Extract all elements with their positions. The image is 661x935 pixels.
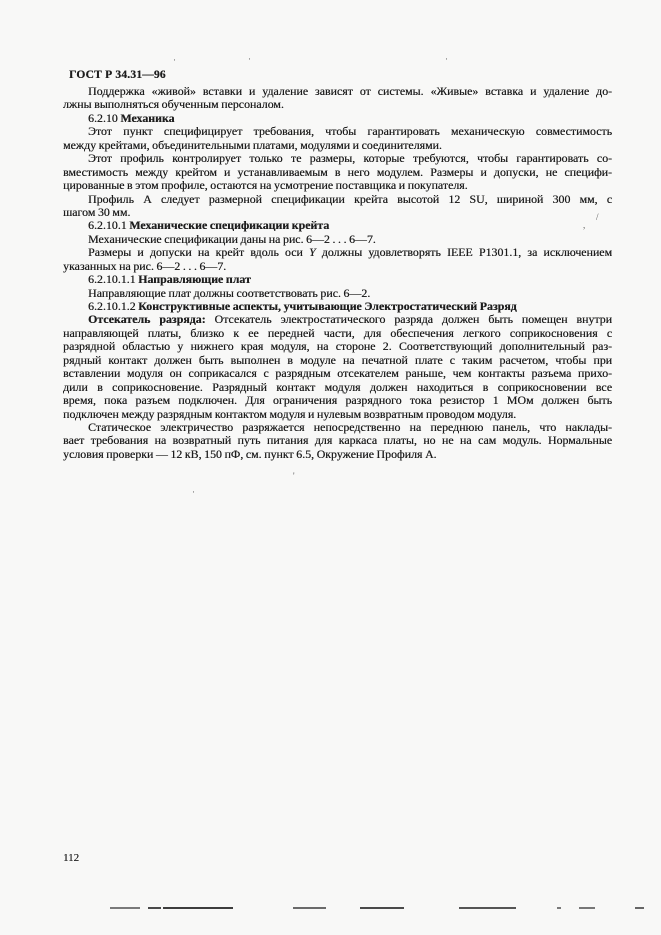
scan-speck: , <box>583 221 585 230</box>
text-line: лжны выполняться обученным персоналом. <box>63 98 612 111</box>
text-segment: вместимость между крейтом и устанавливае… <box>63 166 612 179</box>
text-line: Поддержка «живой» вставки и удаление зав… <box>63 85 612 98</box>
text-line: Размеры и допуски на крейт вдоль оси Y д… <box>63 246 612 259</box>
scan-speck: · <box>248 55 251 64</box>
text-segment: 6.2.10.1.1 <box>88 273 138 286</box>
scan-speck: / <box>596 213 599 222</box>
text-line: Направляющие плат должны соответствовать… <box>63 287 612 300</box>
text-segment: рядный контакт должен быть выполнен в мо… <box>63 354 612 367</box>
text-line: Механические спецификации даны на рис. 6… <box>63 233 612 246</box>
text-segment: 6.2.10.1 <box>88 219 129 232</box>
text-line: 6.2.10 Механика <box>63 112 612 125</box>
scan-dash <box>360 907 404 909</box>
text-line: Отсекатель разряда: Отсекатель электрост… <box>63 313 612 326</box>
scan-speck: ' <box>293 472 295 481</box>
text-segment: Механика <box>120 112 174 125</box>
text-line: цированные в этом профиле, остаются на у… <box>63 179 612 192</box>
text-segment: Этот профиль контролирует только те разм… <box>88 152 612 165</box>
text-segment: Поддержка «живой» вставки и удаление зав… <box>88 85 612 98</box>
text-segment: подключен между разрядным контактом моду… <box>63 408 516 421</box>
text-line: вает требования на возвратный путь питан… <box>63 434 612 447</box>
text-segment: должны удовлетворять IEEE P1301.1, за ис… <box>316 246 612 259</box>
text-segment: Y <box>309 246 316 259</box>
body-text: Поддержка «живой» вставки и удаление зав… <box>63 85 612 461</box>
text-segment: Направляющие плат <box>138 273 251 286</box>
scan-dash <box>163 907 233 909</box>
text-segment: Направляющие плат должны соответствовать… <box>88 287 370 300</box>
text-line: время, пока разъем подключен. Для ограни… <box>63 394 612 407</box>
text-segment: Механические спецификации даны на рис. 6… <box>88 233 376 246</box>
scan-dash <box>579 907 595 909</box>
scan-speck: · <box>192 488 195 497</box>
text-line: подключен между разрядным контактом моду… <box>63 408 612 421</box>
scan-dash <box>110 907 140 909</box>
text-segment: разрядной областью у нижнего края модуля… <box>63 340 612 353</box>
text-segment: 6.2.10 <box>88 112 120 125</box>
text-line: 6.2.10.1 Механические спецификации крейт… <box>63 219 612 232</box>
text-line: дили в соприкосновение. Разрядный контак… <box>63 381 612 394</box>
text-line: Профиль А следует размерной спецификации… <box>63 193 612 206</box>
scan-dash <box>459 907 516 909</box>
text-segment: время, пока разъем подключен. Для ограни… <box>63 394 612 407</box>
document-header: ГОСТ Р 34.31—96 <box>69 69 166 81</box>
text-segment: цированные в этом профиле, остаются на у… <box>63 179 468 192</box>
text-line: вставлении модуля он соприкасался с разр… <box>63 367 612 380</box>
text-segment: Отсекатель электростатического разряда д… <box>206 313 612 326</box>
text-line: вместимость между крейтом и устанавливае… <box>63 166 612 179</box>
text-segment: между крейтами, объединительными платами… <box>63 139 442 152</box>
text-line: условия проверки — 12 кВ, 150 пФ, см. пу… <box>63 448 612 461</box>
text-line: рядный контакт должен быть выполнен в мо… <box>63 354 612 367</box>
text-segment: Механические спецификации крейта <box>129 219 329 232</box>
text-line: разрядной областью у нижнего края модуля… <box>63 340 612 353</box>
text-segment: условия проверки — 12 кВ, 150 пФ, см. пу… <box>63 448 437 461</box>
text-segment: Отсекатель разряда: <box>88 313 206 326</box>
text-line: направляющей платы, близко к ее передней… <box>63 327 612 340</box>
text-line: между крейтами, объединительными платами… <box>63 139 612 152</box>
text-line: указанных на рис. 6—2 . . . 6—7. <box>63 260 612 273</box>
text-line: Этот пункт специфицирует требования, что… <box>63 125 612 138</box>
text-segment: дили в соприкосновение. Разрядный контак… <box>63 381 612 394</box>
text-segment: направляющей платы, близко к ее передней… <box>63 327 612 340</box>
scan-dash <box>148 907 161 909</box>
text-segment: вает требования на возвратный путь питан… <box>63 434 612 447</box>
page-number: 112 <box>63 852 79 864</box>
text-segment: Размеры и допуски на крейт вдоль оси <box>88 246 309 259</box>
text-line: 6.2.10.1.1 Направляющие плат <box>63 273 612 286</box>
text-segment: Профиль А следует размерной спецификации… <box>88 193 612 206</box>
text-segment: Этот пункт специфицирует требования, что… <box>88 125 612 138</box>
text-segment: Конструктивные аспекты, учитывающие Элек… <box>138 300 517 313</box>
scan-speck: · <box>173 56 176 65</box>
scan-dash <box>293 907 326 909</box>
text-segment: шагом 30 мм. <box>63 206 130 219</box>
text-line: шагом 30 мм. <box>63 206 612 219</box>
text-segment: 6.2.10.1.2 <box>88 300 138 313</box>
text-segment: лжны выполняться обученным персоналом. <box>63 98 284 111</box>
scan-dash <box>635 907 644 909</box>
text-line: Этот профиль контролирует только те разм… <box>63 152 612 165</box>
text-segment: указанных на рис. 6—2 . . . 6—7. <box>63 260 226 273</box>
text-segment: Статическое электричество разряжается не… <box>88 421 612 434</box>
text-line: Статическое электричество разряжается не… <box>63 421 612 434</box>
text-line: 6.2.10.1.2 Конструктивные аспекты, учиты… <box>63 300 612 313</box>
scan-speck: · <box>445 55 448 64</box>
text-segment: вставлении модуля он соприкасался с разр… <box>63 367 612 380</box>
scan-dash <box>557 907 561 909</box>
